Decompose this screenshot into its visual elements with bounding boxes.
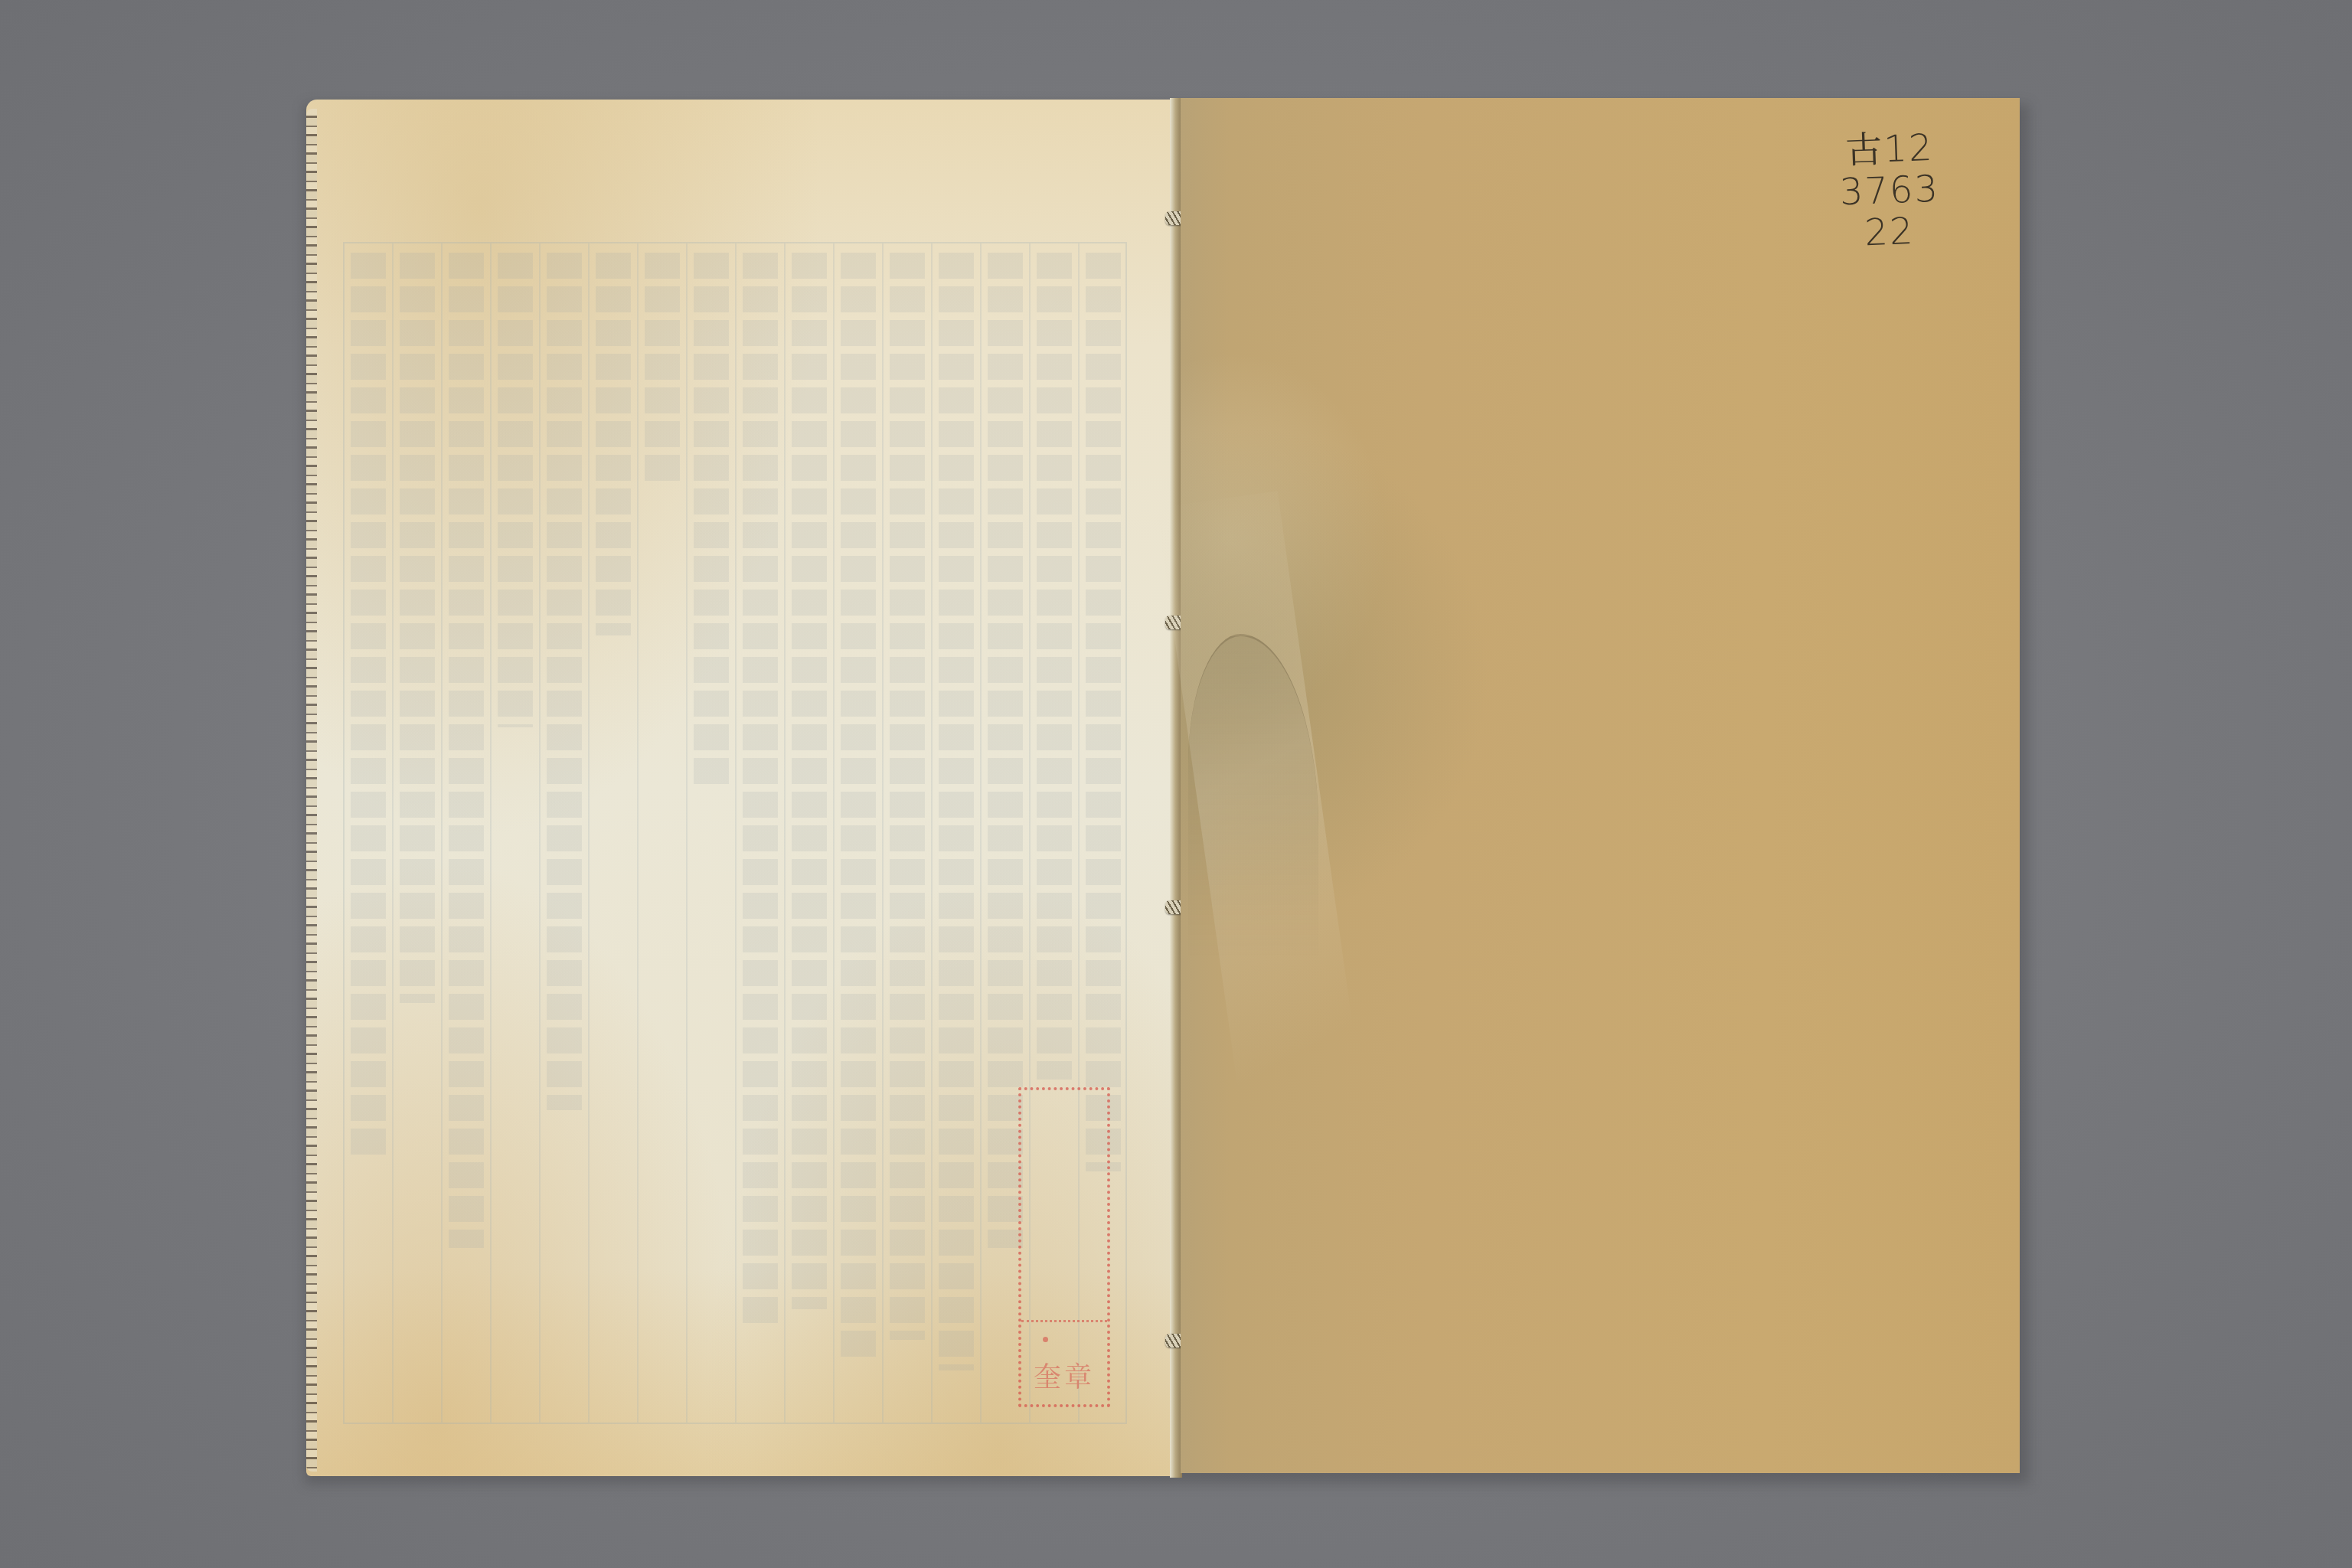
ghost-text-column bbox=[792, 253, 827, 1309]
ghost-text-column bbox=[1037, 253, 1072, 1080]
ghost-text-column bbox=[890, 253, 925, 1340]
ghost-text-column bbox=[645, 253, 680, 482]
ghost-text-column bbox=[939, 253, 974, 1370]
stamp-dot bbox=[1043, 1337, 1048, 1342]
right-cover: 古12 3763 22 bbox=[1181, 98, 2020, 1473]
stamp-divider bbox=[1021, 1320, 1107, 1322]
ghost-text-column bbox=[841, 253, 876, 1363]
ghost-text-column bbox=[694, 253, 729, 789]
left-page: 奎章 bbox=[306, 100, 1171, 1476]
call-number-line-2: 3763 bbox=[1828, 168, 1952, 214]
call-number-line-3: 22 bbox=[1828, 209, 1952, 255]
ghost-text-column bbox=[547, 253, 582, 1110]
ghost-text-column bbox=[400, 253, 435, 1003]
red-seal-stamp: 奎章 bbox=[1018, 1087, 1110, 1407]
call-number-line-1: 古12 bbox=[1828, 126, 1952, 172]
handwritten-call-number: 古12 3763 22 bbox=[1828, 129, 1951, 253]
ghost-text-column bbox=[1086, 253, 1121, 1171]
stamp-characters: 奎章 bbox=[1024, 1356, 1104, 1395]
ghost-text-frame bbox=[343, 242, 1127, 1424]
ghost-text-column bbox=[498, 253, 533, 727]
ghost-text-column bbox=[743, 253, 778, 1325]
ghost-text-column bbox=[351, 253, 386, 1156]
page-stack-edge bbox=[306, 109, 317, 1472]
ghost-text-column bbox=[596, 253, 631, 635]
open-book: 奎章 古12 3763 22 bbox=[300, 98, 2024, 1478]
ghost-text-column bbox=[449, 253, 484, 1248]
